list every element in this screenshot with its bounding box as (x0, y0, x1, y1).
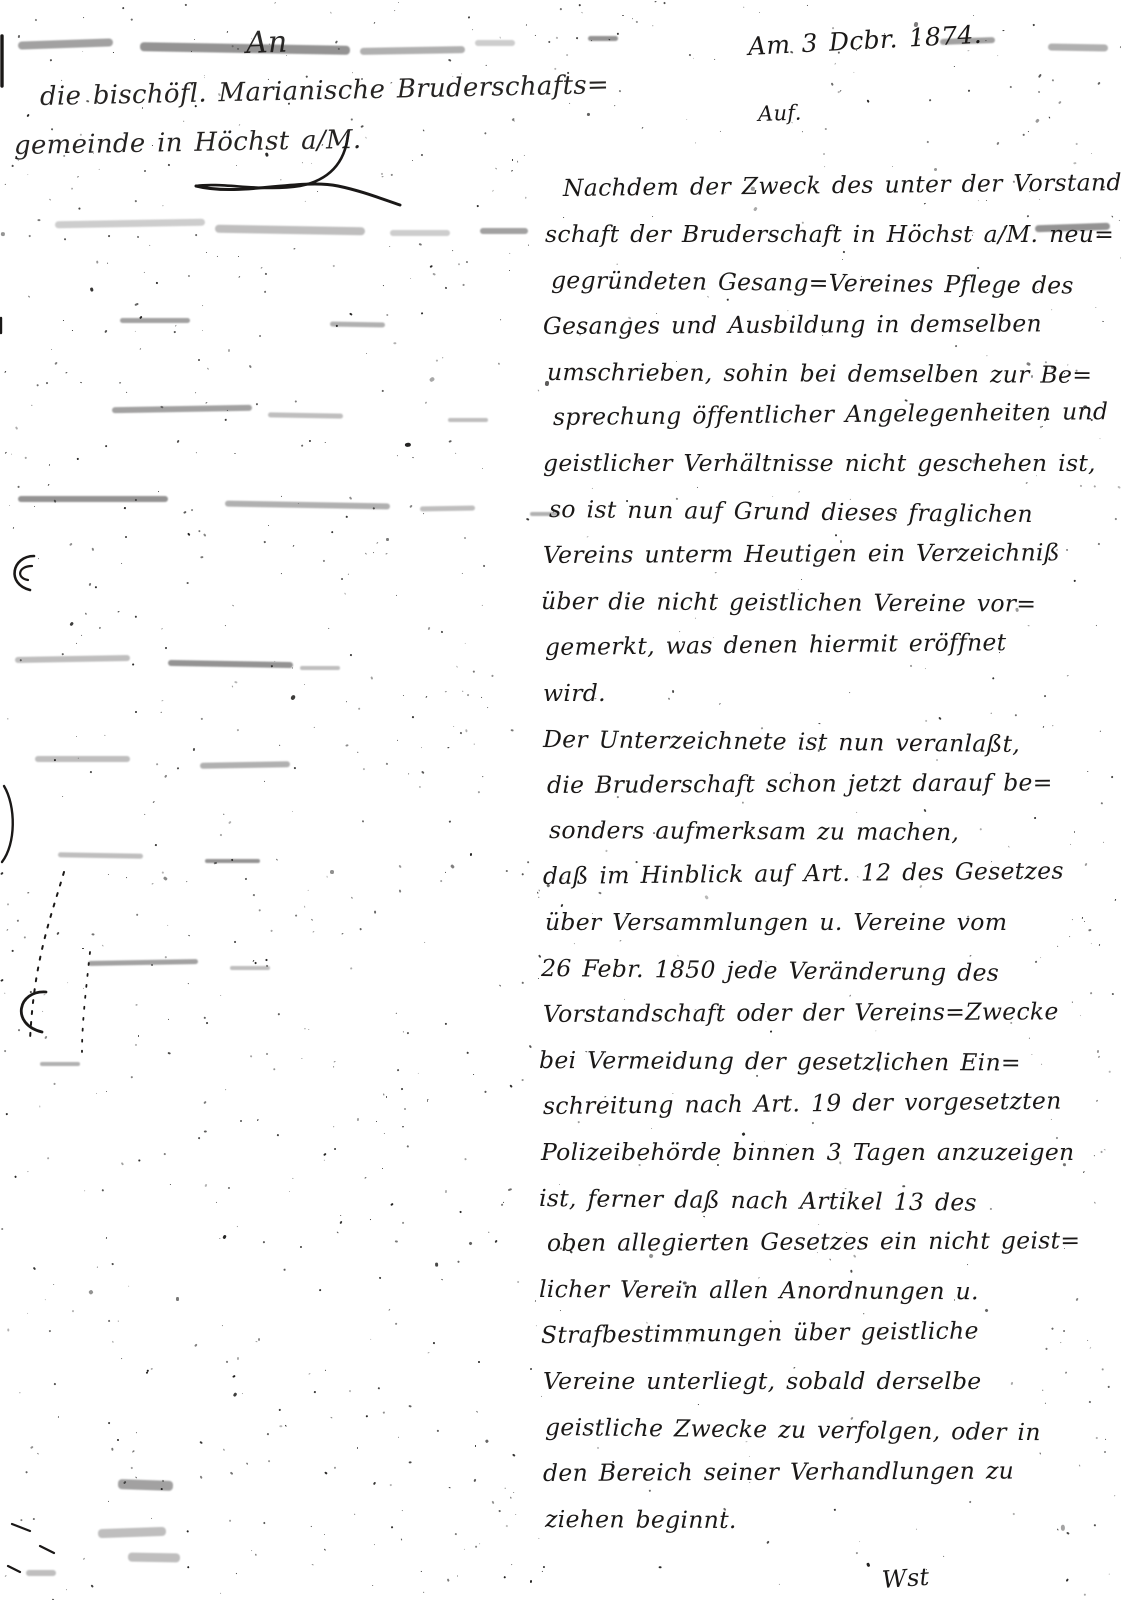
address-salutation: An (245, 25, 288, 61)
manuscript-line: ziehen beginnt. (545, 1499, 1097, 1548)
manuscript-body: Nachdem der Zweck des unter der Vorstand… (537, 168, 1097, 1545)
manuscript-line: schreitung nach Art. 19 der vorgesetzten (543, 1080, 1097, 1132)
manuscript-line: Gesanges und Ausbildung in demselben (543, 303, 1097, 352)
manuscript-line: Vorstandschaft oder der Vereins=Zwecke (543, 991, 1097, 1040)
manuscript-line: oben allegierten Gesetzes ein nicht geis… (547, 1221, 1097, 1270)
manuscript-line: über Versammlungen u. Vereine vom (545, 902, 1097, 948)
manuscript-line: Strafbestimmungen über geistliche (541, 1309, 1097, 1361)
docket-note: Auf. (758, 100, 802, 126)
manuscript-line: Nachdem der Zweck des unter der Vorstand… (563, 162, 1097, 213)
manuscript-line: gemerkt, was denen hiermit eröffnet (545, 621, 1097, 673)
address-line: die bischöfl. Marianische Bruderschafts= (40, 70, 610, 112)
page-bottom-catchword: Wst (881, 1563, 930, 1594)
scanned-manuscript-page: An die bischöfl. Marianische Bruderschaf… (0, 0, 1121, 1600)
manuscript-line: sprechung öffentlicher Angelegenheiten u… (553, 392, 1097, 444)
manuscript-line: Vereine unterliegt, sobald derselbe (543, 1361, 1097, 1407)
manuscript-line: Vereins unterm Heutigen ein Verzeichniß (543, 532, 1097, 581)
manuscript-line: geistlicher Verhältnisse nicht geschehen… (543, 443, 1097, 489)
manuscript-line: Polizeibehörde binnen 3 Tagen anzuzeigen (541, 1132, 1097, 1178)
manuscript-line: schaft der Bruderschaft in Höchst a/M. n… (545, 214, 1097, 260)
manuscript-line: daß im Hinblick auf Art. 12 des Gesetzes (543, 851, 1097, 903)
manuscript-line: den Bereich seiner Verhandlungen zu (543, 1450, 1097, 1499)
date-line: Am 3 Dcbr. 1874. (747, 16, 1048, 61)
manuscript-line: die Bruderschaft schon jetzt darauf be= (547, 762, 1097, 811)
address-line: gemeinde in Höchst a/M. (14, 125, 362, 161)
manuscript-line: wird. (543, 673, 1097, 719)
